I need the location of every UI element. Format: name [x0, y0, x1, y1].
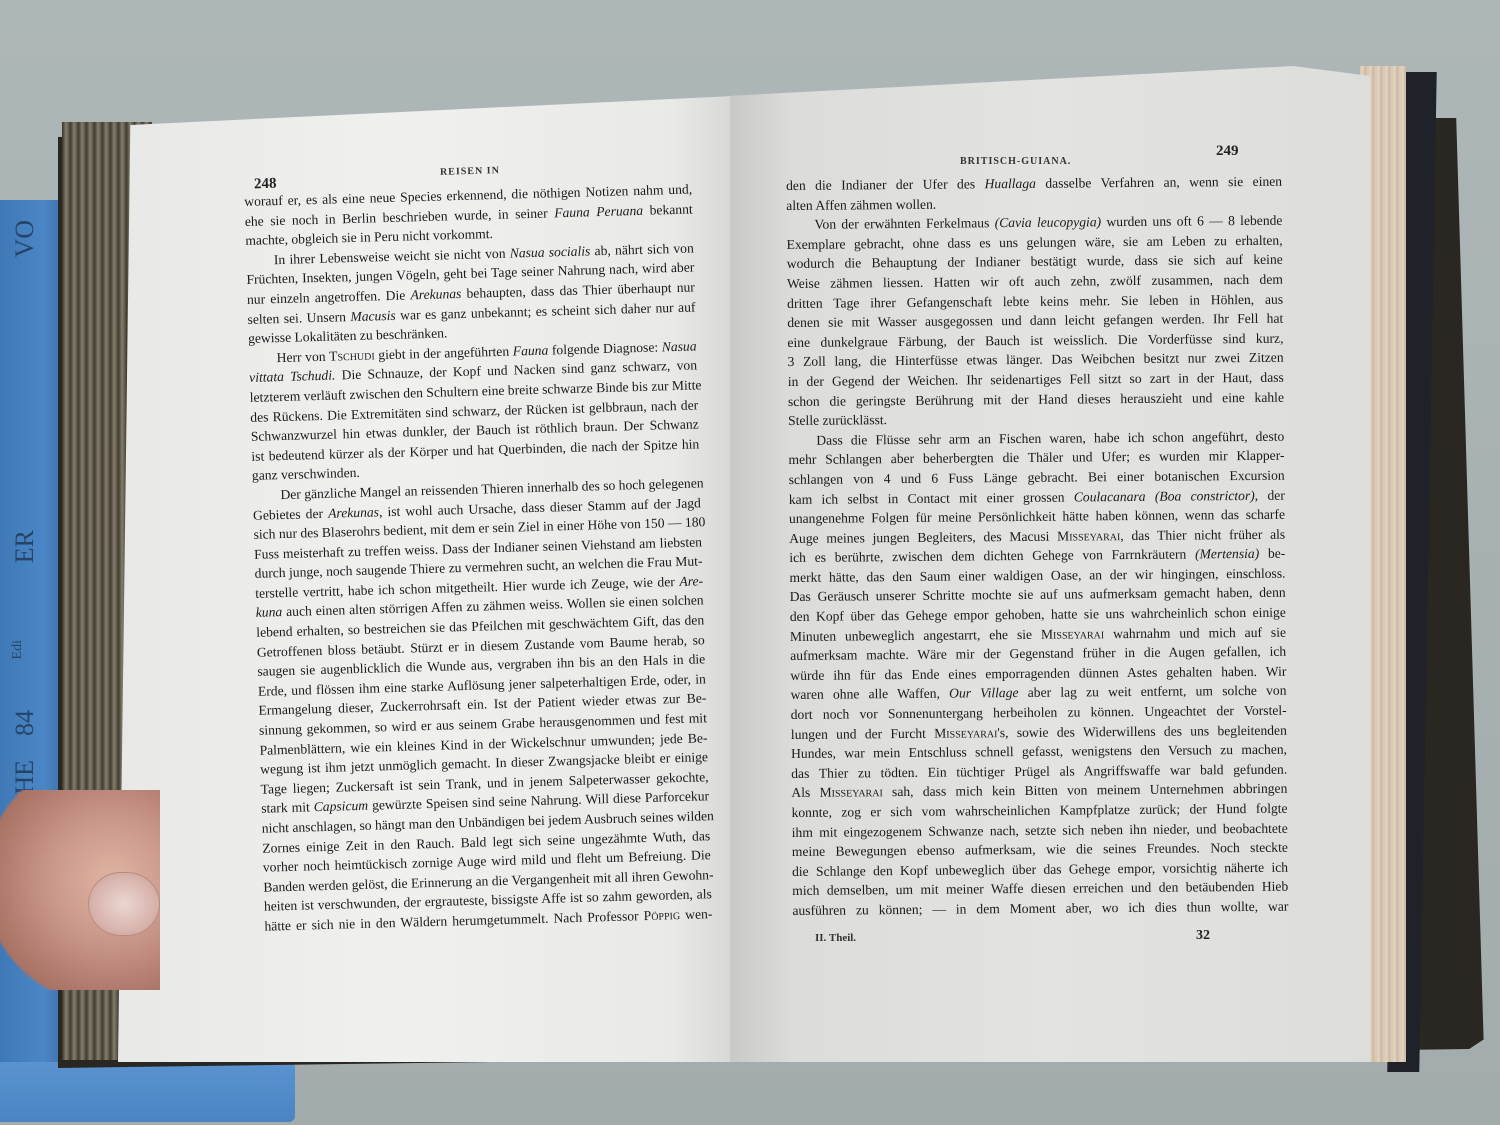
small-caps-name: Misseyarai: [1057, 528, 1120, 544]
small-caps-name: Tschudi: [329, 347, 375, 363]
right-page-body: den die Indianer der Ufer des Huallaga d…: [786, 172, 1288, 921]
spine-text-fragment: Edi: [10, 640, 26, 659]
right-page-number: 249: [1216, 143, 1239, 160]
italic-term: Nasua: [662, 338, 697, 354]
spine-text-fragment: ER: [10, 530, 40, 563]
italic-term: vittata Tschudi.: [249, 368, 336, 385]
small-caps-name: Pöppig: [643, 907, 680, 923]
italic-term: Capsicum: [314, 798, 369, 815]
footer-volume: II. Theil.: [815, 932, 856, 944]
italic-term: Huallaga: [984, 176, 1035, 191]
right-running-head: BRITISCH-GUIANA.: [960, 156, 1071, 167]
italic-term: Macusis: [350, 307, 396, 323]
small-caps-name: Misseyarai: [819, 785, 882, 801]
signature-mark: 32: [1196, 928, 1210, 944]
left-page-body: worauf er, es als eine neue Species erke…: [244, 179, 713, 936]
spine-text-fragment: 84: [10, 710, 40, 736]
italic-term: Our Village: [949, 685, 1018, 701]
italic-term: Fauna Peruana: [554, 202, 643, 219]
italic-term: kuna: [256, 605, 283, 621]
small-caps-name: Misseyarai: [1041, 626, 1104, 642]
italic-term: Coulacanara (Boa constrictor): [1074, 487, 1255, 504]
small-caps-name: Misseyarai: [934, 725, 997, 741]
spine-text-fragment: VO: [10, 220, 40, 258]
italic-term: (Mertensia): [1195, 546, 1259, 562]
underlying-blue-book-edge: [0, 1062, 295, 1122]
italic-term: Arekunas: [328, 504, 379, 520]
thumbnail-nail: [88, 872, 160, 936]
italic-term: Fauna: [513, 342, 549, 358]
italic-term: Arekunas: [410, 286, 461, 302]
italic-term: (Cavia leucopygia): [995, 214, 1102, 230]
italic-term: Nasua socialis: [510, 243, 591, 260]
italic-term: Are-: [679, 573, 703, 589]
left-running-head: REISEN IN: [440, 165, 500, 178]
